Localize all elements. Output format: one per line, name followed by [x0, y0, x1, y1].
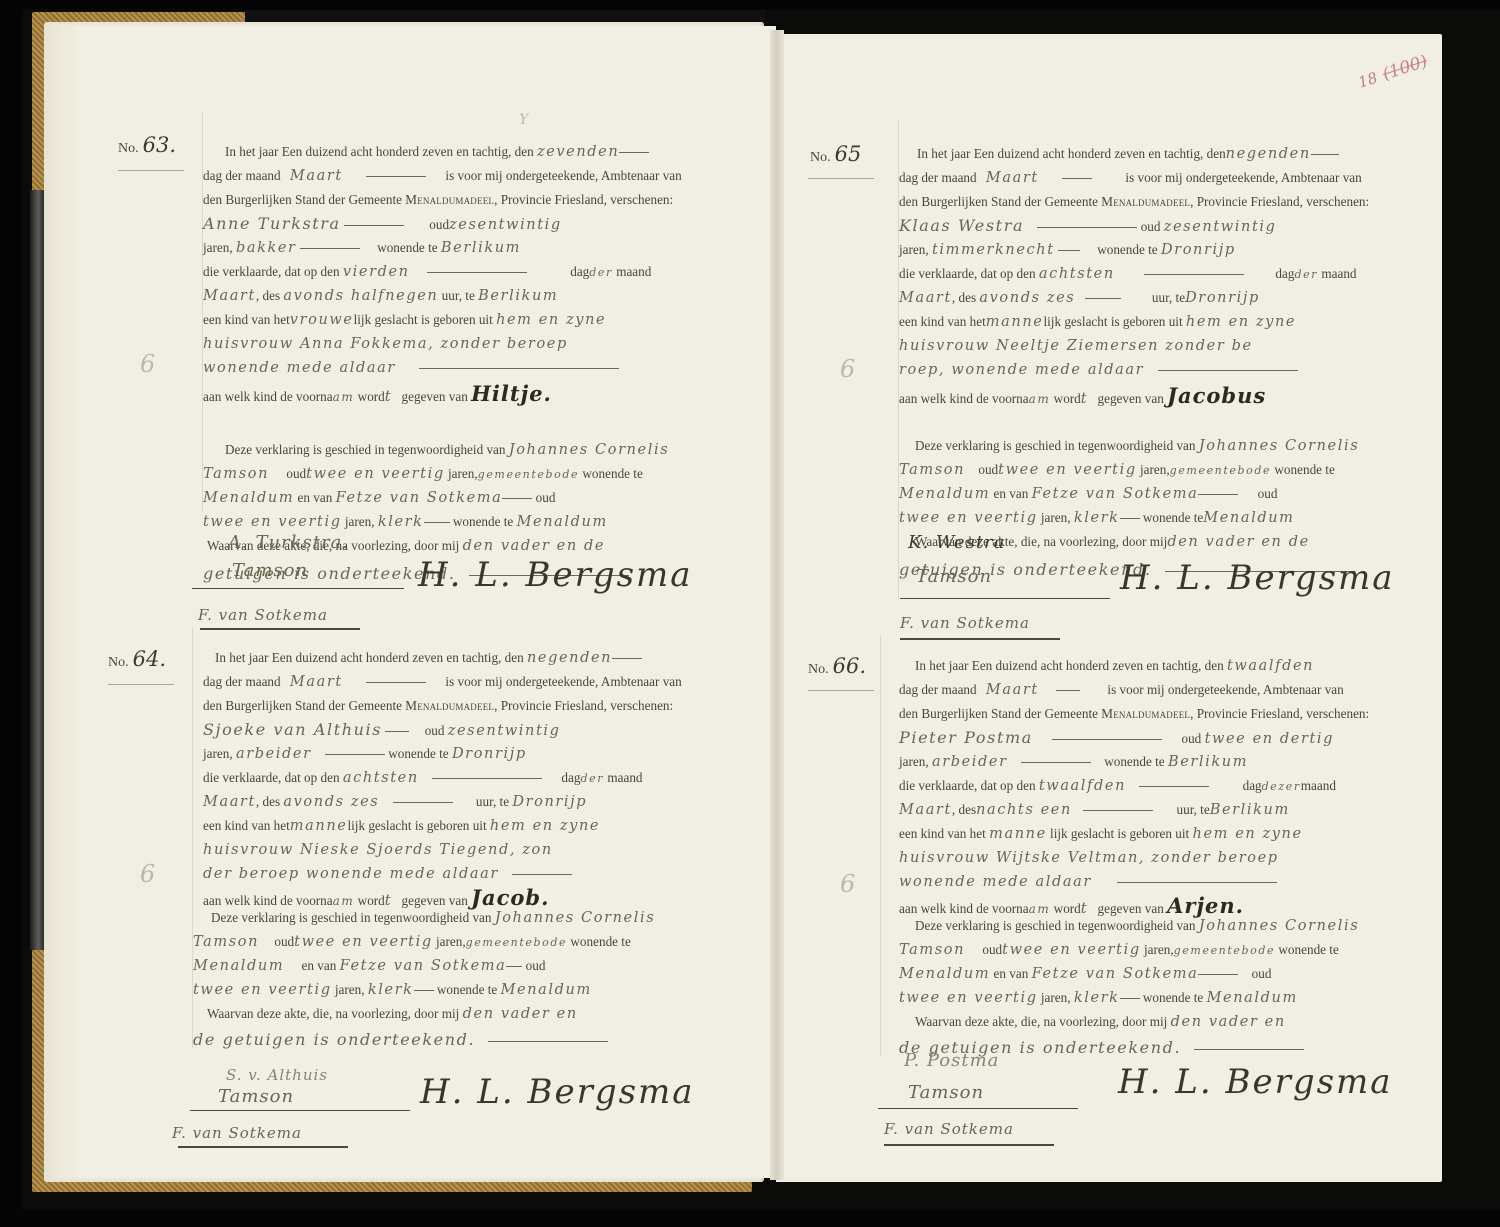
parent-signature: S. v. Althuis	[226, 1066, 328, 1084]
printed-text: dag der maand	[203, 168, 281, 183]
witness2-occupation: klerk	[1074, 990, 1120, 1006]
printed-text: jaren,	[1041, 990, 1071, 1005]
printed-text: wonende te	[377, 240, 437, 255]
fill-rule	[1056, 690, 1080, 691]
residence: Berlikum	[1168, 754, 1248, 770]
witness2-signature: F. van Sotkema	[884, 1120, 1014, 1138]
fill-rule	[424, 522, 450, 523]
fill-rule	[1062, 178, 1092, 179]
printed-text: die verklaarde, dat op den	[899, 266, 1036, 281]
witness1-occupation: gemeentebode	[1170, 464, 1271, 477]
form-line: In het jaar Een duizend acht honderd zev…	[203, 140, 720, 164]
name-suffix: am	[333, 390, 355, 404]
form-line: den Burgerlijken Stand der Gemeente Mena…	[203, 188, 720, 212]
printed-text: oud	[978, 462, 998, 477]
parents-text: hem en zyne	[490, 818, 600, 834]
printed-text: wonende te	[1143, 510, 1203, 525]
parents-text: hem en zyne	[496, 312, 606, 328]
child-name: Hiltje.	[471, 381, 552, 406]
form-line: een kind van hetvrouwelijk geslacht is g…	[203, 308, 720, 332]
witness1-age: twee en veertig	[294, 934, 433, 950]
registration-day: negenden	[527, 650, 612, 666]
witness1-age: twee en veertig	[1002, 942, 1141, 958]
form-line: Tamson oudtwee en veertig jaren,gemeente…	[193, 930, 720, 954]
registration-day: negenden	[1226, 146, 1311, 162]
birth-day-suffix: dezer	[1262, 780, 1301, 793]
witness2-occupation: klerk	[1074, 510, 1120, 526]
printed-text: , des	[256, 794, 280, 809]
printed-text: jaren,	[1140, 462, 1170, 477]
printed-text: den Burgerlijken Stand der Gemeente	[899, 194, 1098, 209]
form-line: Waarvan deze akte, die, na voorlezing, d…	[193, 1002, 720, 1026]
municipality: Menaldumadeel	[1101, 706, 1190, 721]
signed-by-text: den vader en de	[1167, 534, 1309, 550]
printed-text: jaren,	[335, 982, 365, 997]
printed-text: oud	[1252, 966, 1272, 981]
printed-text: uur, te	[1152, 290, 1185, 305]
printed-text: is voor mij ondergeteekende, Ambtenaar v…	[1125, 170, 1361, 185]
witness2-occupation: klerk	[378, 514, 424, 530]
birth-day-suffix: der	[580, 772, 604, 785]
pencil-mark: 6	[840, 355, 855, 383]
witness1-first-name: Johannes Cornelis	[509, 442, 669, 458]
municipality: Menaldumadeel	[405, 192, 494, 207]
parent-signature: A. Turkstra.	[228, 532, 349, 553]
registrar-signature: H. L. Bergsma	[1118, 1062, 1393, 1102]
witness2-signature: F. van Sotkema	[198, 606, 328, 624]
form-line: den Burgerlijken Stand der Gemeente Mena…	[881, 702, 1414, 726]
printed-text: wonende te	[1104, 754, 1164, 769]
fill-rule	[300, 248, 360, 249]
registrar-signature: H. L. Bergsma	[420, 1072, 695, 1112]
form-line: twee en veertig jaren, klerk wonende teM…	[899, 506, 1414, 530]
witness2-name: Fetze van Sotkema	[1032, 966, 1199, 982]
witness1-first-name: Johannes Cornelis	[1199, 918, 1359, 934]
signature-rule	[190, 1110, 410, 1111]
no-label: No.	[108, 655, 129, 670]
fill-rule	[512, 874, 572, 875]
printed-text: is voor mij ondergeteekende, Ambtenaar v…	[445, 674, 681, 689]
registration-day: twaalfden	[1227, 658, 1314, 674]
witness2-signature: F. van Sotkema	[172, 1124, 302, 1142]
father-occupation: bakker	[236, 240, 297, 256]
printed-text: den Burgerlijken Stand der Gemeente	[203, 698, 402, 713]
form-line: Menaldum en van Fetze van Sotkema oud	[881, 962, 1414, 986]
registrar-signature: H. L. Bergsma	[1120, 558, 1395, 598]
record-number-value: 64.	[133, 647, 166, 671]
divider	[118, 170, 184, 171]
fill-rule	[506, 966, 522, 967]
signature-rule	[192, 588, 404, 589]
printed-text: word	[1054, 391, 1081, 406]
form-line: Klaas Westra oud zesentwintig	[899, 214, 1414, 238]
printed-text: jaren,	[899, 754, 929, 769]
registration-day: zevenden	[537, 144, 619, 160]
father-occupation: arbeider	[236, 746, 312, 762]
witness2-residence: Menaldum	[517, 514, 608, 530]
fill-rule	[385, 731, 409, 732]
printed-text: uur, te	[442, 288, 475, 303]
fill-rule	[612, 658, 642, 659]
witness1-first-name: Johannes Cornelis	[1199, 438, 1359, 454]
record-number: No.63.	[118, 133, 176, 157]
record-form: In het jaar Een duizend acht honderd zev…	[192, 628, 720, 1048]
printed-text: en van	[302, 958, 337, 973]
signature-rule	[178, 1146, 348, 1148]
printed-text: dag der maand	[899, 682, 977, 697]
parents-text: wonende mede aldaar	[203, 360, 396, 376]
father-name: Klaas Westra	[899, 216, 1024, 235]
birth-day: twaalfden	[1039, 778, 1126, 794]
printed-text: jaren,	[203, 746, 233, 761]
fill-rule	[1021, 762, 1091, 763]
birth-place: Berlikum	[1210, 802, 1290, 818]
residence: Dronrijp	[1161, 242, 1236, 258]
witness2-signature: F. van Sotkema	[900, 614, 1030, 632]
witness1-last-name: Tamson	[899, 942, 965, 958]
fill-rule	[488, 1041, 608, 1042]
form-line: dag der maand Maart is voor mij onderget…	[203, 164, 720, 188]
registration-month: Maart	[986, 170, 1039, 186]
form-line: jaren, arbeider wonende te Berlikum	[881, 750, 1414, 774]
child-sex: vrouwe	[290, 312, 354, 328]
form-line: Tamson oudtwee en veertig jaren,gemeente…	[881, 938, 1414, 962]
printed-text: jaren,	[1041, 510, 1071, 525]
printed-text: wonende te	[1143, 990, 1203, 1005]
fill-rule	[1120, 518, 1140, 519]
record-number-value: 65	[835, 142, 862, 166]
printed-text: , des	[952, 290, 976, 305]
book-gutter	[770, 30, 784, 1180]
form-line: een kind van het manne lijk geslacht is …	[881, 822, 1414, 846]
printed-text: jaren,	[899, 242, 929, 257]
record-form: In het jaar Een duizend acht honderd zev…	[880, 636, 1414, 1056]
fill-rule	[502, 498, 532, 499]
record-form: In het jaar Een duizend acht honderd zev…	[202, 112, 720, 512]
birth-month: Maart	[899, 802, 952, 818]
form-line: Deze verklaring is geschied in tegenwoor…	[899, 434, 1414, 458]
witness2-age: twee en veertig	[899, 510, 1038, 526]
printed-text: , Provincie Friesland, verschenen:	[1190, 706, 1369, 721]
form-line: die verklaarde, dat op den twaalfden dag…	[881, 774, 1414, 798]
printed-text: word	[358, 389, 385, 404]
form-line: jaren, bakker wonende te Berlikum	[203, 236, 720, 260]
printed-text: In het jaar Een duizend acht honderd zev…	[215, 650, 524, 665]
printed-text: maand	[616, 264, 651, 279]
printed-text: uur, te	[1177, 802, 1210, 817]
form-line: een kind van hetmannelijk geslacht is ge…	[193, 814, 720, 838]
printed-text: gegeven van	[402, 389, 468, 404]
witness1-first-name: Johannes Cornelis	[495, 910, 655, 926]
name-suffix: t	[385, 389, 392, 405]
printed-text: lijk geslacht is geboren uit	[354, 312, 493, 327]
printed-text: lijk geslacht is geboren uit	[1050, 826, 1189, 841]
printed-text: wonende te	[437, 982, 497, 997]
form-line: die verklaarde, dat op den achtsten dagd…	[899, 262, 1414, 286]
form-line: jaren, timmerknecht wonende te Dronrijp	[899, 238, 1414, 262]
fill-rule	[1311, 154, 1339, 155]
fill-rule	[393, 802, 453, 803]
printed-text: Waarvan deze akte, die, na voorlezing, d…	[207, 1006, 459, 1021]
witness1-residence: Menaldum	[899, 486, 990, 502]
fill-rule	[427, 272, 527, 273]
form-line: Maart, des avonds zes uur, te Dronrijp	[193, 790, 720, 814]
witness1-last-name: Tamson	[899, 462, 965, 478]
form-line: Waarvan deze akte, die, na voorlezing, d…	[881, 1010, 1414, 1034]
parents-text: der beroep wonende mede aldaar	[203, 866, 499, 882]
printed-text: dag der maand	[899, 170, 977, 185]
form-line: In het jaar Een duizend acht honderd zev…	[899, 142, 1414, 166]
printed-text: wonende te	[582, 466, 642, 481]
printed-text: jaren,	[345, 514, 375, 529]
witness1-age: twee en veertig	[998, 462, 1137, 478]
form-line: den Burgerlijken Stand der Gemeente Mena…	[899, 190, 1414, 214]
fill-rule	[325, 754, 385, 755]
pencil-mark: 6	[840, 870, 855, 898]
form-line: dag der maand Maart is voor mij onderget…	[193, 670, 720, 694]
printed-text: wonende te	[1097, 242, 1157, 257]
printed-text: jaren,	[203, 240, 233, 255]
birth-day: achtsten	[343, 770, 419, 786]
printed-text: en van	[298, 490, 333, 505]
form-line: Menaldum en van Fetze van Sotkema oud	[193, 954, 720, 978]
form-line: dag der maand Maart is voor mij onderget…	[881, 678, 1414, 702]
child-sex: manne	[989, 826, 1047, 842]
fill-rule	[419, 368, 619, 369]
father-occupation: arbeider	[932, 754, 1008, 770]
father-age: twee en dertig	[1205, 731, 1334, 747]
fill-rule	[1117, 882, 1277, 883]
witness2-age: twee en veertig	[193, 982, 332, 998]
fill-rule	[1139, 786, 1209, 787]
no-label: No.	[810, 150, 831, 165]
fill-rule	[1194, 1049, 1304, 1050]
fill-rule	[344, 225, 404, 226]
witness1-last-name: Tamson	[203, 466, 269, 482]
fill-rule	[1052, 739, 1162, 740]
printed-text: is voor mij ondergeteekende, Ambtenaar v…	[1107, 682, 1343, 697]
witness1-signature: Tamson	[218, 1086, 294, 1107]
birth-time: nachts een	[976, 802, 1072, 818]
printed-text: dag	[1243, 778, 1262, 793]
witness2-age: twee en veertig	[203, 514, 342, 530]
printed-text: oud	[1258, 486, 1278, 501]
record-form: In het jaar Een duizend acht honderd zev…	[898, 120, 1414, 600]
father-age: zesentwintig	[449, 217, 562, 233]
printed-text: en van	[994, 486, 1029, 501]
parent-signature: P. Postma	[904, 1050, 999, 1071]
printed-text: die verklaarde, dat op den	[203, 770, 340, 785]
form-line: Maart, desnachts een uur, teBerlikum	[881, 798, 1414, 822]
registration-month: Maart	[290, 674, 343, 690]
no-label: No.	[808, 662, 829, 677]
printed-text: oud	[536, 490, 556, 505]
witness1-age: twee en veertig	[306, 466, 445, 482]
printed-text: gegeven van	[1098, 391, 1164, 406]
father-occupation: timmerknecht	[932, 242, 1055, 258]
book-spine-wear	[30, 190, 44, 950]
witness1-occupation: gemeentebode	[478, 468, 579, 481]
printed-text: , Provincie Friesland, verschenen:	[494, 192, 673, 207]
birth-month: Maart	[899, 290, 952, 306]
fill-rule	[366, 682, 426, 683]
printed-text: uur, te	[476, 794, 509, 809]
father-name: Anne Turkstra	[203, 214, 341, 233]
form-line: der beroep wonende mede aldaar	[193, 862, 720, 886]
witness1-residence: Menaldum	[203, 490, 294, 506]
child-sex: manne	[986, 314, 1044, 330]
printed-text: maand	[1321, 266, 1356, 281]
form-line: In het jaar Een duizend acht honderd zev…	[881, 654, 1414, 678]
record-number: No.64.	[108, 647, 166, 671]
parents-text: hem en zyne	[1193, 826, 1303, 842]
signature-rule	[878, 1108, 1078, 1109]
form-line: twee en veertig jaren, klerk wonende te …	[203, 510, 720, 534]
form-line: Sjoeke van Althuis oud zesentwintig	[193, 718, 720, 742]
printed-text: dag der maand	[203, 674, 281, 689]
father-age: zesentwintig	[448, 723, 561, 739]
name-suffix: t	[1081, 391, 1088, 407]
form-line: een kind van hetmannelijk geslacht is ge…	[899, 310, 1414, 334]
municipality: Menaldumadeel	[405, 698, 494, 713]
printed-text: maand	[607, 770, 642, 785]
printed-text: jaren,	[1144, 942, 1174, 957]
parents-text: huisvrouw Nieske Sjoerds Tiegend, zon	[203, 842, 553, 858]
form-line: twee en veertig jaren, klerk wonende te …	[881, 986, 1414, 1010]
printed-text: dag	[561, 770, 580, 785]
printed-text: Deze verklaring is geschied in tegenwoor…	[915, 918, 1196, 933]
child-name: Jacobus	[1167, 383, 1266, 408]
parents-text: huisvrouw Anna Fokkema, zonder beroep	[203, 336, 568, 352]
printed-text: , des	[952, 802, 976, 817]
printed-text: dag	[570, 264, 589, 279]
printed-text: die verklaarde, dat op den	[203, 264, 340, 279]
fill-rule	[414, 990, 434, 991]
printed-text: een kind van het	[899, 826, 986, 841]
form-line: Menaldum en van Fetze van Sotkema oud	[203, 486, 720, 510]
divider	[108, 684, 174, 685]
parent-signature: K. Westra	[908, 532, 1005, 553]
printed-text: jaren,	[436, 934, 466, 949]
form-line: Deze verklaring is geschied in tegenwoor…	[203, 438, 720, 462]
birth-day: achtsten	[1039, 266, 1115, 282]
form-line: Anne Turkstra oudzesentwintig	[203, 212, 720, 236]
fill-rule	[1083, 810, 1153, 811]
signed-by-text: den vader en	[1171, 1014, 1286, 1030]
printed-text: aan welk kind de voorna	[899, 391, 1029, 406]
printed-text: aan welk kind de voorna	[203, 389, 333, 404]
fill-rule	[1037, 227, 1137, 228]
form-line: twee en veertig jaren, klerk wonende te …	[193, 978, 720, 1002]
fill-rule	[619, 152, 649, 153]
divider	[808, 178, 874, 179]
printed-text: In het jaar Een duizend acht honderd zev…	[225, 144, 534, 159]
form-line: Tamson oudtwee en veertig jaren,gemeente…	[203, 462, 720, 486]
registrar-signature: H. L. Bergsma	[418, 555, 693, 595]
child-sex: manne	[290, 818, 348, 834]
printed-text: wonende te	[1278, 942, 1338, 957]
form-line: Maart, des avonds halfnegen uur, te Berl…	[203, 284, 720, 308]
form-line: de getuigen is onderteekend.	[193, 1028, 720, 1052]
witness2-age: twee en veertig	[899, 990, 1038, 1006]
printed-text: oud	[526, 958, 546, 973]
birth-month: Maart	[203, 794, 256, 810]
witness2-residence: Menaldum	[501, 982, 592, 998]
printed-text: wonende te	[388, 746, 448, 761]
birth-month: Maart	[203, 288, 256, 304]
form-line: wonende mede aldaar	[203, 356, 720, 380]
birth-place: Dronrijp	[512, 794, 587, 810]
printed-text: dag	[1275, 266, 1294, 281]
form-line: die verklaarde, dat op den vierden dagde…	[203, 260, 720, 284]
municipality: Menaldumadeel	[1101, 194, 1190, 209]
printed-text: die verklaarde, dat op den	[899, 778, 1036, 793]
registration-month: Maart	[290, 168, 343, 184]
witness2-name: Fetze van Sotkema	[340, 958, 507, 974]
witness1-signature: Tamson	[232, 560, 308, 581]
printed-text: den Burgerlijken Stand der Gemeente	[899, 706, 1098, 721]
printed-text: een kind van het	[203, 818, 290, 833]
form-line: jaren, arbeider wonende te Dronrijp	[193, 742, 720, 766]
record-number-value: 63.	[143, 133, 176, 157]
witness1-occupation: gemeentebode	[466, 936, 567, 949]
divider	[808, 690, 874, 691]
printed-text: oud	[429, 217, 449, 232]
printed-text: , Provincie Friesland, verschenen:	[1190, 194, 1369, 209]
witness2-occupation: klerk	[368, 982, 414, 998]
residence: Berlikum	[441, 240, 521, 256]
printed-text: en van	[994, 966, 1029, 981]
fill-rule	[432, 778, 542, 779]
witness1-residence: Menaldum	[193, 958, 284, 974]
witness1-last-name: Tamson	[193, 934, 259, 950]
witness2-name: Fetze van Sotkema	[1032, 486, 1199, 502]
printed-text: wonende te	[1274, 462, 1334, 477]
printed-text: , Provincie Friesland, verschenen:	[494, 698, 673, 713]
form-line: die verklaarde, dat op den achtsten dagd…	[193, 766, 720, 790]
printed-text: lijk geslacht is geboren uit	[347, 818, 486, 833]
birth-place: Berlikum	[478, 288, 558, 304]
printed-text: een kind van het	[203, 312, 290, 327]
form-line	[899, 348, 1414, 372]
printed-text: oud	[286, 466, 306, 481]
signed-by-text: de getuigen is onderteekend.	[193, 1030, 475, 1049]
no-label: No.	[118, 141, 139, 156]
form-line: Deze verklaring is geschied in tegenwoor…	[881, 914, 1414, 938]
form-line: dag der maand Maart is voor mij onderget…	[899, 166, 1414, 190]
form-line: wonende mede aldaar	[881, 870, 1414, 894]
form-line: huisvrouw Nieske Sjoerds Tiegend, zon	[193, 838, 720, 862]
birth-time: avonds zes	[979, 290, 1075, 306]
pencil-mark: 6	[140, 860, 155, 888]
record-number-value: 66.	[833, 654, 866, 678]
birth-time: avonds zes	[283, 794, 379, 810]
printed-text: oud	[274, 934, 294, 949]
printed-text: Deze verklaring is geschied in tegenwoor…	[225, 442, 506, 457]
form-line: Menaldum en van Fetze van Sotkema oud	[899, 482, 1414, 506]
printed-text: oud	[425, 723, 445, 738]
printed-text: is voor mij ondergeteekende, Ambtenaar v…	[445, 168, 681, 183]
fill-rule	[366, 176, 426, 177]
printed-text: , des	[256, 288, 280, 303]
birth-day-suffix: der	[589, 266, 613, 279]
witness1-residence: Menaldum	[899, 966, 990, 982]
form-line: aan welk kind de voornaam wordt gegeven …	[203, 382, 720, 406]
printed-text: In het jaar Een duizend acht honderd zev…	[915, 658, 1224, 673]
birth-day: vierden	[343, 264, 410, 280]
printed-text: wonende te	[570, 934, 630, 949]
fill-rule	[1058, 250, 1080, 251]
